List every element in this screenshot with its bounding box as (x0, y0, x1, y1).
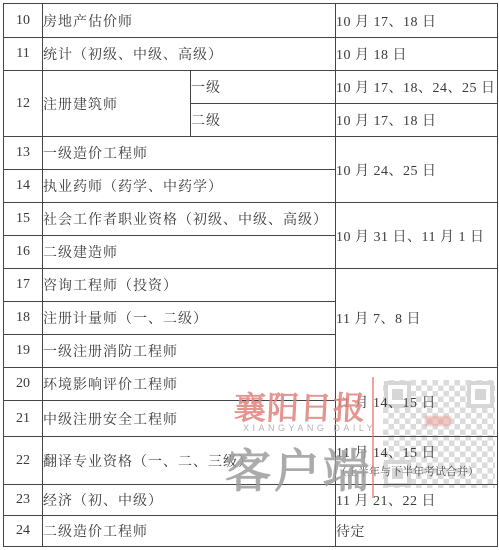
exam-name-cell: 执业药师（药学、中药学） (43, 170, 336, 203)
table-row: 12 注册建筑师 一级 10 月 17、18、24、25 日 (4, 71, 498, 104)
exam-level-cell: 一级 (191, 71, 336, 104)
exam-name-cell: 统计（初级、中级、高级） (43, 38, 336, 71)
exam-date-cell: 10 月 17、18 日 (336, 104, 498, 137)
table-row: 13 一级造价工程师 10 月 24、25 日 (4, 137, 498, 170)
table-row: 11 统计（初级、中级、高级） 10 月 18 日 (4, 38, 498, 71)
exam-date-cell: 10 月 17、18、24、25 日 (336, 71, 498, 104)
row-number-cell: 15 (4, 203, 43, 236)
exam-date-cell: 10 月 24、25 日 (336, 137, 498, 203)
exam-name-cell: 一级注册消防工程师 (43, 335, 336, 368)
exam-date-cell: 10 月 31 日、11 月 1 日 (336, 203, 498, 269)
exam-name-cell: 注册计量师（一、二级） (43, 302, 336, 335)
exam-date-cell: 10 月 17、18 日 (336, 4, 498, 38)
exam-name-cell: 咨询工程师（投资） (43, 269, 336, 302)
row-number-cell: 24 (4, 516, 43, 547)
row-number-cell: 22 (4, 437, 43, 485)
table-row: 15 社会工作者职业资格（初级、中级、高级） 10 月 31 日、11 月 1 … (4, 203, 498, 236)
red-divider-line (372, 377, 374, 498)
row-number-cell: 11 (4, 38, 43, 71)
exam-name-cell: 社会工作者职业资格（初级、中级、高级） (43, 203, 336, 236)
row-number-cell: 18 (4, 302, 43, 335)
exam-name-cell: 二级建造师 (43, 236, 336, 269)
row-number-cell: 14 (4, 170, 43, 203)
row-number-cell: 23 (4, 485, 43, 516)
table-row: 24 二级造价工程师 待定 (4, 516, 498, 547)
exam-date-cell: 10 月 18 日 (336, 38, 498, 71)
row-number-cell: 13 (4, 137, 43, 170)
row-number-cell: 19 (4, 335, 43, 368)
row-number-cell: 21 (4, 401, 43, 437)
client-watermark: 客户端 (225, 435, 372, 501)
newspaper-logo-en: XIANGYANG DAILY (243, 423, 376, 433)
table-row: 10 房地产估价师 10 月 17、18 日 (4, 4, 498, 38)
row-number-cell: 10 (4, 4, 43, 38)
exam-name-cell: 二级造价工程师 (43, 516, 336, 547)
row-number-cell: 12 (4, 71, 43, 137)
exam-name-cell: 一级造价工程师 (43, 137, 336, 170)
exam-date-cell: 待定 (336, 516, 498, 547)
row-number-cell: 20 (4, 368, 43, 401)
row-number-cell: 16 (4, 236, 43, 269)
row-number-cell: 17 (4, 269, 43, 302)
table-row: 17 咨询工程师（投资） 11 月 7、8 日 (4, 269, 498, 302)
exam-name-cell: 注册建筑师 (43, 71, 191, 137)
exam-level-cell: 二级 (191, 104, 336, 137)
exam-date-cell: 11 月 7、8 日 (336, 269, 498, 368)
exam-name-cell: 房地产估价师 (43, 4, 336, 38)
